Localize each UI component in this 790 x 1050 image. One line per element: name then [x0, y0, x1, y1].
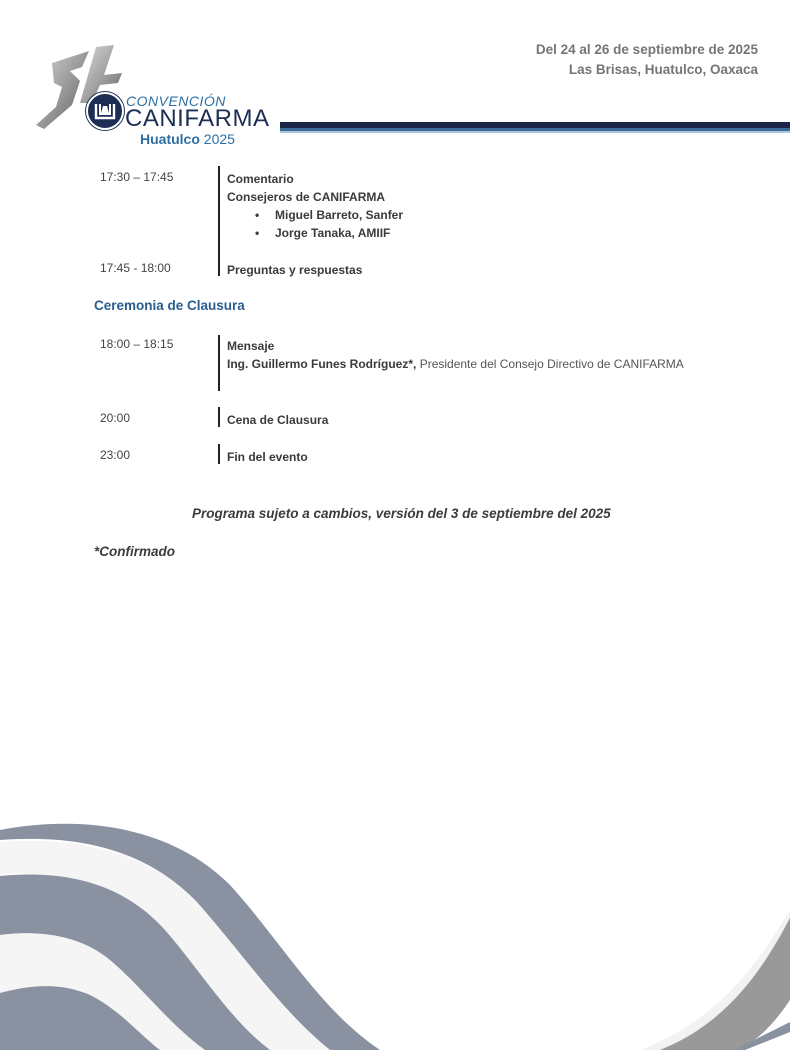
event-location: Las Brisas, Huatulco, Oaxaca	[536, 60, 758, 80]
section-title: Ceremonia de Clausura	[94, 298, 245, 313]
item-time: 20:00	[100, 411, 210, 425]
event-info: Del 24 al 26 de septiembre de 2025 Las B…	[536, 40, 758, 80]
item-time: 23:00	[100, 448, 210, 462]
header-divider	[280, 122, 790, 133]
canifarma-emblem-icon	[86, 92, 124, 130]
item-title: Mensaje	[227, 337, 717, 355]
confirmed-note: *Confirmado	[94, 544, 175, 559]
item-title: Fin del evento	[227, 448, 717, 466]
speaker-list: Miguel Barreto, Sanfer Jorge Tanaka, AMI…	[227, 206, 717, 242]
timeline-bar	[218, 407, 220, 427]
speaker-name: Ing. Guillermo Funes Rodríguez*,	[227, 357, 416, 371]
item-title: Cena de Clausura	[227, 411, 717, 429]
timeline-bar	[218, 166, 220, 276]
item-time: 17:30 – 17:45	[100, 170, 210, 184]
speaker-item: Jorge Tanaka, AMIIF	[227, 224, 717, 242]
logo-city-year: Huatulco 2025	[140, 131, 235, 147]
item-title: Preguntas y respuestas	[227, 261, 717, 279]
decorative-waves	[0, 790, 790, 1050]
logo-year: 2025	[204, 131, 235, 147]
item-title: Comentario	[227, 170, 717, 188]
program-note: Programa sujeto a cambios, versión del 3…	[192, 506, 611, 521]
speaker-item: Miguel Barreto, Sanfer	[227, 206, 717, 224]
timeline-bar	[218, 444, 220, 464]
logo-city: Huatulco	[140, 131, 200, 147]
event-dates: Del 24 al 26 de septiembre de 2025	[536, 40, 758, 60]
convention-logo: CONVENCIÓN CANIFARMA Huatulco 2025	[34, 45, 274, 155]
speaker-role: Presidente del Consejo Directivo de CANI…	[416, 357, 683, 371]
item-subtitle: Consejeros de CANIFARMA	[227, 188, 717, 206]
item-time: 18:00 – 18:15	[100, 337, 210, 351]
timeline-bar	[218, 335, 220, 391]
logo-canifarma: CANIFARMA	[125, 105, 270, 133]
item-time: 17:45 - 18:00	[100, 261, 210, 275]
